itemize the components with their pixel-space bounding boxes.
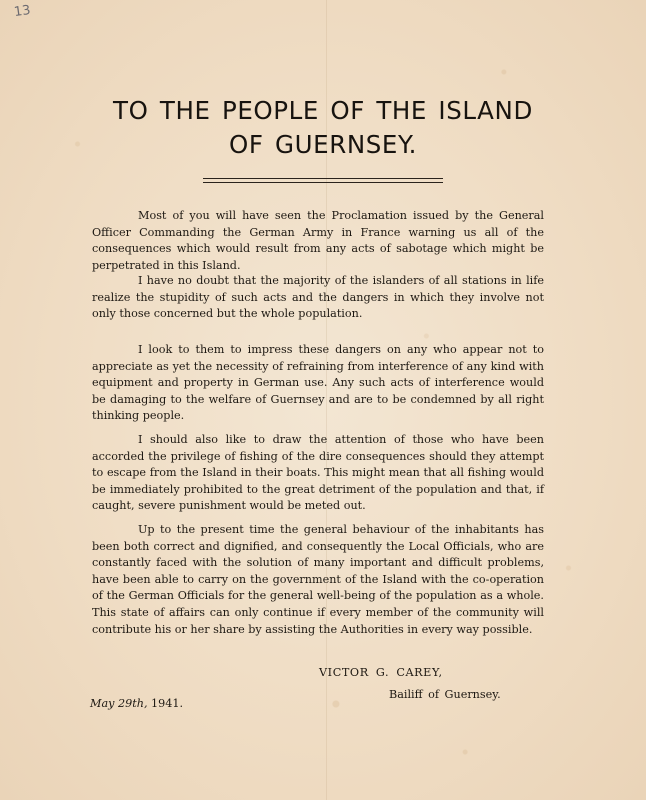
signatory-name: VICTOR G. CAREY, [319, 666, 443, 679]
title-line-1: TO THE PEOPLE OF THE ISLAND [0, 94, 646, 128]
document-date: May 29th, 1941. [90, 697, 183, 710]
date-day: May 29th, [90, 697, 148, 710]
title-double-rule [203, 178, 443, 183]
title-line-2: OF GUERNSEY. [0, 128, 646, 162]
handwritten-page-number: 13 [13, 3, 31, 20]
document-title: TO THE PEOPLE OF THE ISLAND OF GUERNSEY. [0, 94, 646, 162]
paragraph-fishing: I should also like to draw the attention… [92, 432, 544, 515]
paragraph-majority: I have no doubt that the majority of the… [92, 273, 544, 323]
date-year: 1941. [148, 697, 184, 710]
paragraph-interference: I look to them to impress these dangers … [92, 342, 544, 425]
paragraph-behaviour: Up to the present time the general behav… [92, 522, 544, 638]
signatory-title: Bailiff of Guernsey. [389, 688, 501, 701]
paragraph-proclamation: Most of you will have seen the Proclamat… [92, 208, 544, 274]
proclamation-page: 13 TO THE PEOPLE OF THE ISLAND OF GUERNS… [0, 0, 646, 800]
